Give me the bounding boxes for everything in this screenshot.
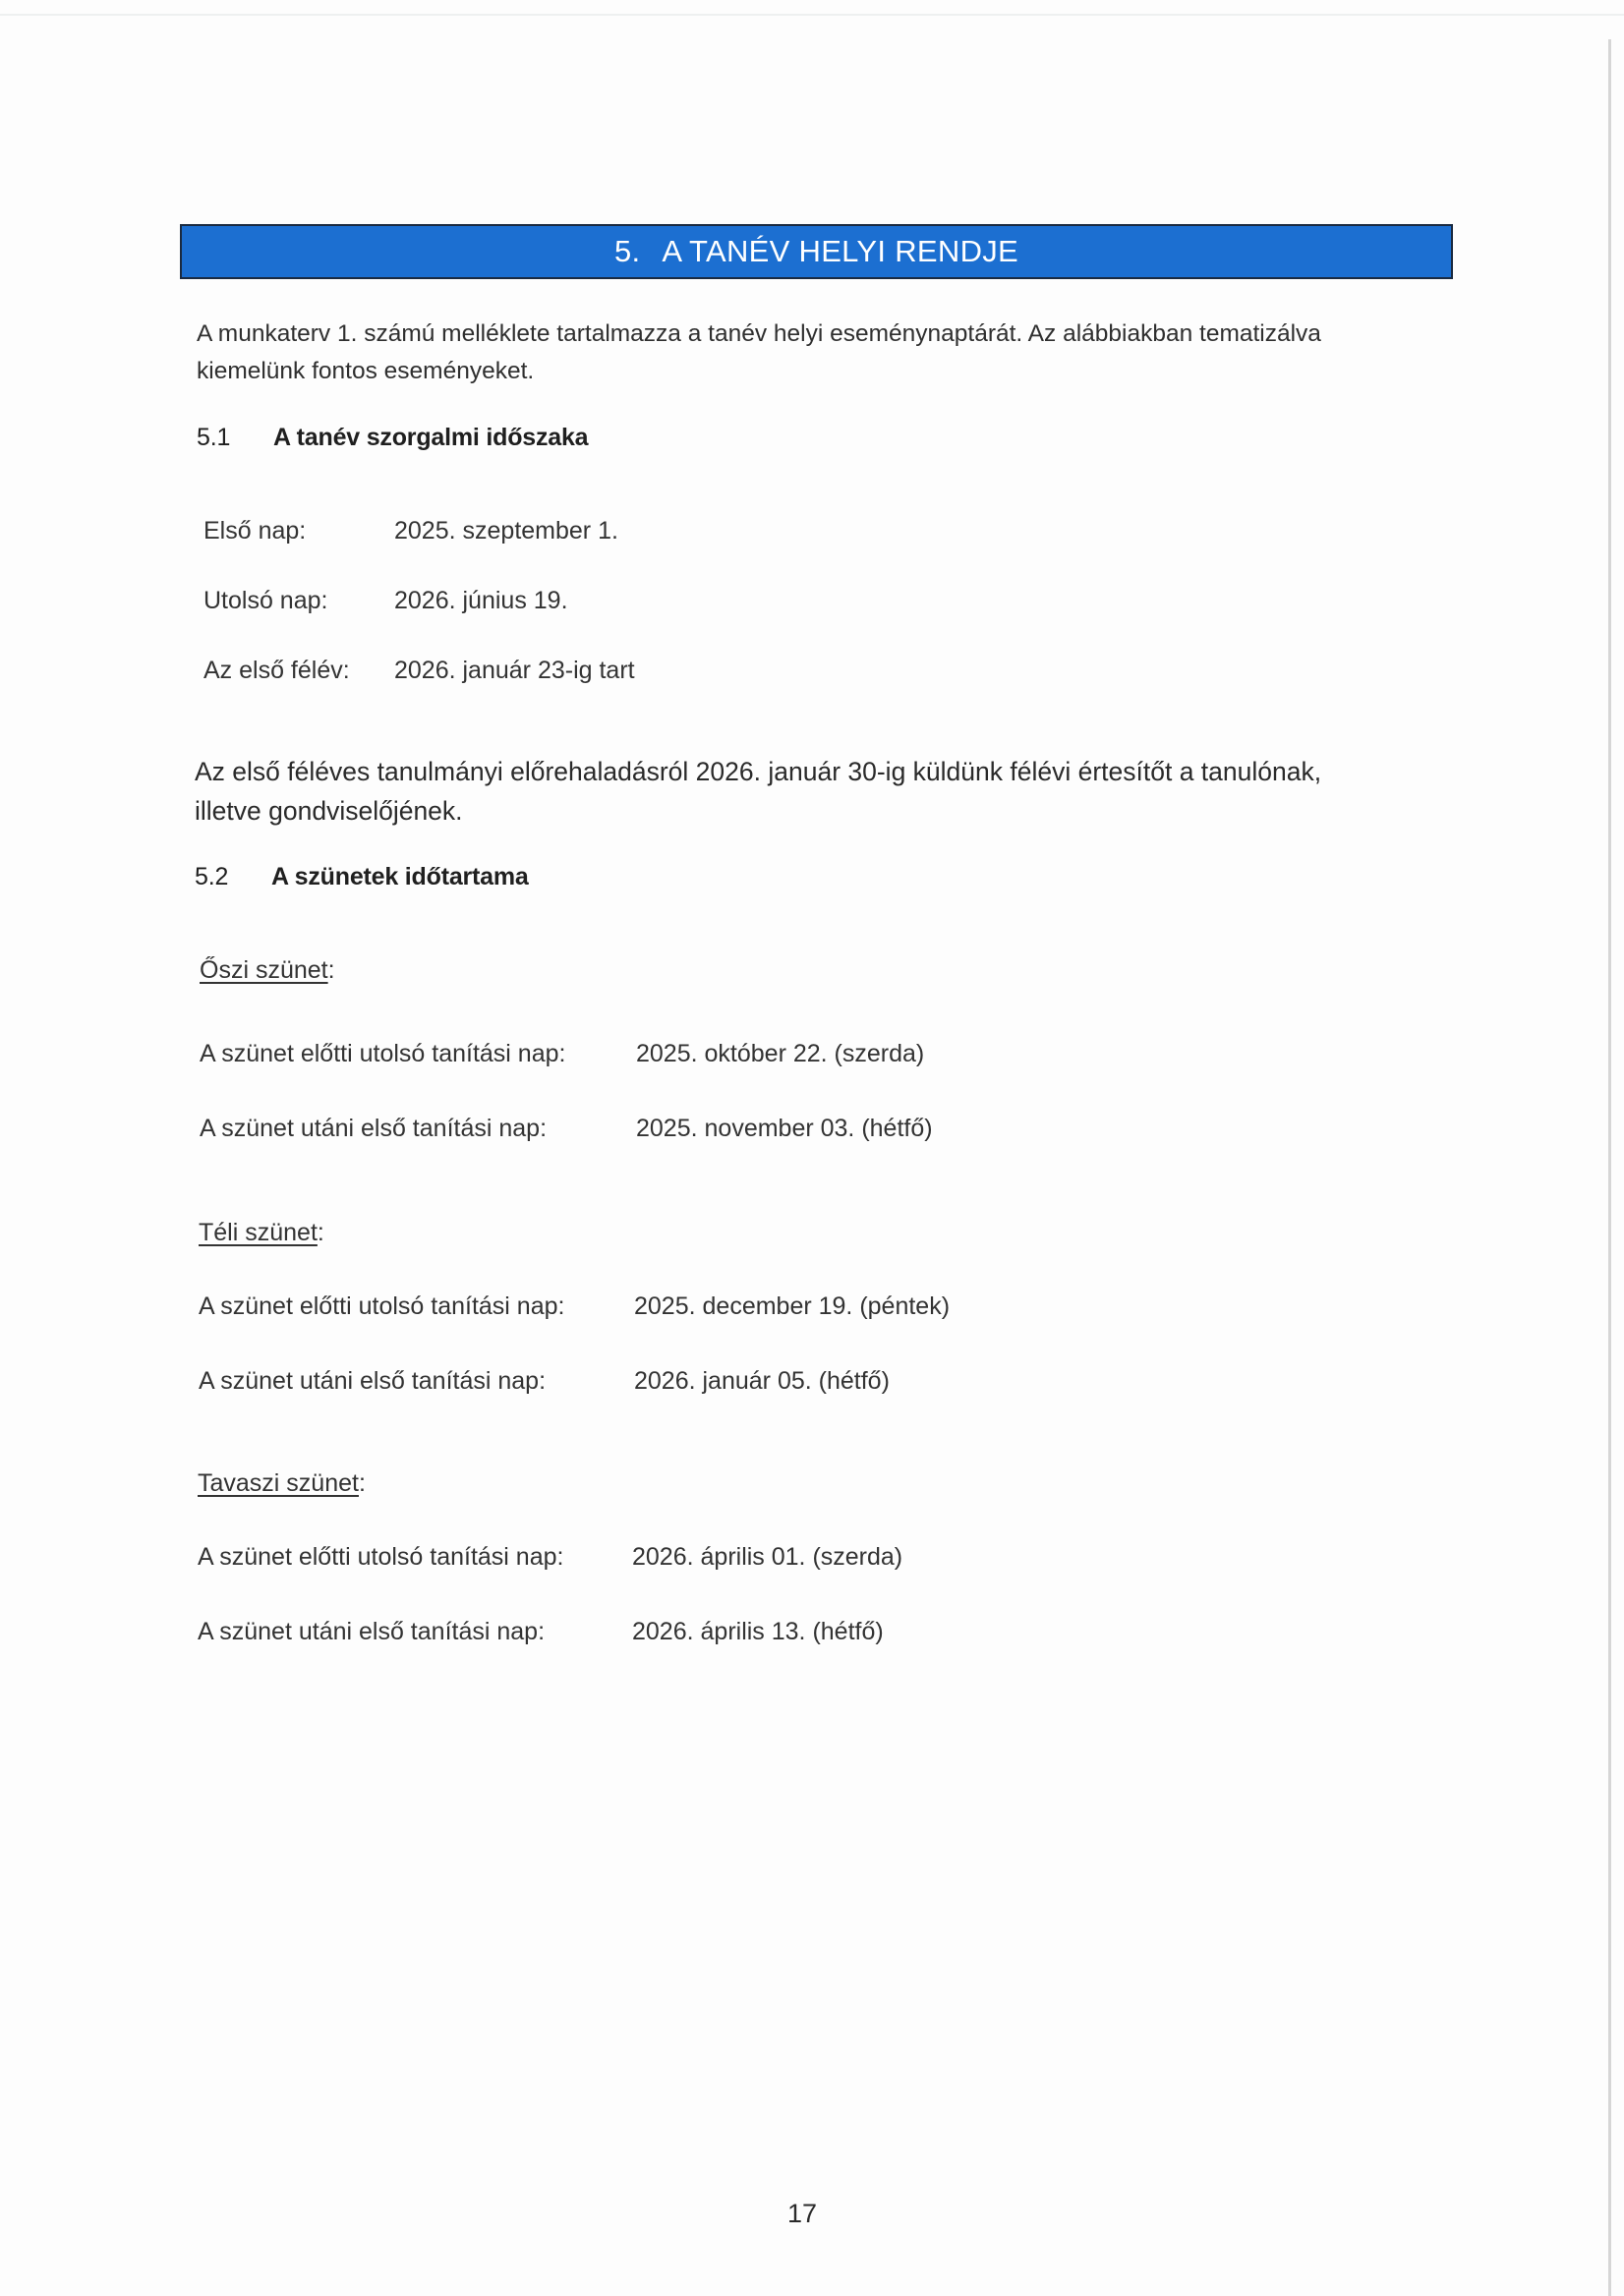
- scan-edge-right: [1608, 39, 1611, 2296]
- section-heading-5-2: 5.2A szünetek időtartama: [195, 863, 529, 891]
- break-value: 2026. január 05. (hétfő): [634, 1367, 890, 1396]
- break-title-colon: :: [359, 1469, 366, 1498]
- break-title-autumn: Őszi szünet:: [200, 956, 335, 985]
- break-title-winter: Téli szünet:: [199, 1219, 324, 1247]
- intro-paragraph: A munkaterv 1. számú melléklete tartalma…: [197, 316, 1376, 390]
- break-value: 2025. október 22. (szerda): [636, 1040, 924, 1068]
- break-label: A szünet utáni első tanítási nap:: [200, 1115, 547, 1143]
- section-number: 5.2: [195, 863, 271, 891]
- period-value: 2026. január 23-ig tart: [394, 657, 635, 685]
- break-label: A szünet utáni első tanítási nap:: [198, 1618, 545, 1646]
- chapter-title-text: A TANÉV HELYI RENDJE: [662, 234, 1018, 268]
- page-number: 17: [787, 2199, 817, 2229]
- period-value: 2026. június 19.: [394, 587, 568, 615]
- section-number: 5.1: [197, 424, 273, 452]
- chapter-number: 5.: [614, 234, 640, 268]
- period-label: Utolsó nap:: [203, 587, 327, 615]
- section-title: A szünetek időtartama: [271, 863, 529, 890]
- chapter-banner: 5.A TANÉV HELYI RENDJE: [180, 224, 1453, 279]
- break-title-spring: Tavaszi szünet:: [198, 1469, 366, 1498]
- break-title-text: Téli szünet: [199, 1219, 318, 1246]
- break-label: A szünet előtti utolsó tanítási nap:: [199, 1292, 564, 1321]
- period-value: 2025. szeptember 1.: [394, 517, 618, 545]
- break-title-colon: :: [318, 1219, 324, 1247]
- section-heading-5-1: 5.1A tanév szorgalmi időszaka: [197, 424, 588, 452]
- break-title-colon: :: [328, 956, 335, 985]
- chapter-title: 5.A TANÉV HELYI RENDJE: [614, 234, 1018, 269]
- break-value: 2026. április 01. (szerda): [632, 1543, 902, 1572]
- break-label: A szünet előtti utolsó tanítási nap:: [200, 1040, 565, 1068]
- break-value: 2025. november 03. (hétfő): [636, 1115, 933, 1143]
- period-label: Az első félév:: [203, 657, 350, 685]
- scan-edge-top: [0, 14, 1624, 16]
- period-label: Első nap:: [203, 517, 306, 545]
- break-title-text: Őszi szünet: [200, 956, 328, 984]
- break-value: 2025. december 19. (péntek): [634, 1292, 950, 1321]
- semester-report-notice: Az első féléves tanulmányi előrehaladásr…: [195, 752, 1374, 831]
- break-value: 2026. április 13. (hétfő): [632, 1618, 884, 1646]
- break-label: A szünet utáni első tanítási nap:: [199, 1367, 546, 1396]
- break-title-text: Tavaszi szünet: [198, 1469, 359, 1497]
- section-title: A tanév szorgalmi időszaka: [273, 424, 588, 451]
- break-label: A szünet előtti utolsó tanítási nap:: [198, 1543, 563, 1572]
